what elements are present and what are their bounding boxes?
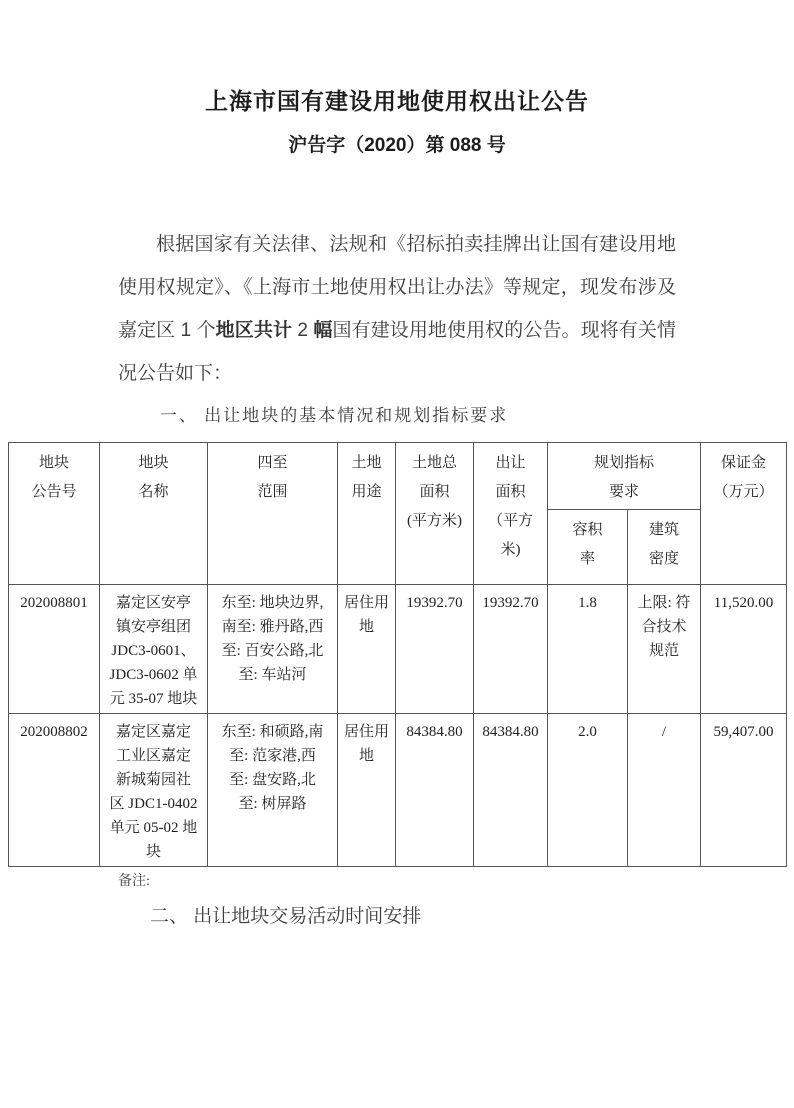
section-heading-schedule: 二、 出让地块交易活动时间安排 [150,904,794,929]
intro-segment: 2 [292,320,313,341]
cell-building-density: 上限: 符 合技术 规范 [628,585,701,714]
header-total-area: 土地总 面积 (平方米) [396,443,474,585]
table-header-row: 地块 公告号 地块 名称 四至 范围 土地 用途 土地总 面积 (平方米) 出让… [9,443,787,510]
cell-parcel-name: 嘉定区安亭 镇安亭组团 JDC3-0601、 JDC3-0602 单 元 35-… [100,585,208,714]
cell-land-use: 居住用 地 [338,585,396,714]
remark-label: 备注: [118,873,794,891]
cell-total-area: 19392.70 [396,585,474,714]
intro-segment-bold: 地区共计 [216,320,292,341]
document-number: 沪告字（2020）第 088 号 [0,133,794,159]
header-parcel-name: 地块 名称 [100,443,208,585]
cell-notice-no: 202008802 [9,714,100,867]
header-transfer-area: 出让 面积 （平方 米) [474,443,548,585]
cell-boundaries: 东至: 地块边界, 南至: 雅丹路,西 至: 百安公路,北 至: 车站河 [208,585,338,714]
cell-transfer-area: 19392.70 [474,585,548,714]
intro-paragraph: 根据国家有关法律、法规和《招标拍卖挂牌出让国有建设用地使用权规定》、《上海市土地… [118,223,676,395]
cell-plot-ratio: 1.8 [548,585,628,714]
cell-deposit: 59,407.00 [701,714,787,867]
header-building-density: 建筑 密度 [628,510,701,585]
section-heading-basic-info: 一、 出让地块的基本情况和规划指标要求 [160,405,794,427]
cell-notice-no: 202008801 [9,585,100,714]
cell-deposit: 11,520.00 [701,585,787,714]
header-planning-requirements: 规划指标 要求 [548,443,701,510]
document-page: 上海市国有建设用地使用权出让公告 沪告字（2020）第 088 号 根据国家有关… [0,0,794,1108]
cell-plot-ratio: 2.0 [548,714,628,867]
cell-boundaries: 东至: 和硕路,南 至: 范家港,西 至: 盘安路,北 至: 树屏路 [208,714,338,867]
intro-segment-bold: 幅 [313,320,332,341]
header-boundaries: 四至 范围 [208,443,338,585]
table-row: 202008802 嘉定区嘉定 工业区嘉定 新城菊园社 区 JDC1-0402 … [9,714,787,867]
cell-land-use: 居住用 地 [338,714,396,867]
header-notice-no: 地块 公告号 [9,443,100,585]
land-parcel-table: 地块 公告号 地块 名称 四至 范围 土地 用途 土地总 面积 (平方米) 出让… [8,442,787,867]
header-plot-ratio: 容积 率 [548,510,628,585]
cell-building-density: / [628,714,701,867]
cell-parcel-name: 嘉定区嘉定 工业区嘉定 新城菊园社 区 JDC1-0402 单元 05-02 地… [100,714,208,867]
header-deposit: 保证金 （万元） [701,443,787,585]
document-title: 上海市国有建设用地使用权出让公告 [0,86,794,116]
cell-transfer-area: 84384.80 [474,714,548,867]
table-row: 202008801 嘉定区安亭 镇安亭组团 JDC3-0601、 JDC3-06… [9,585,787,714]
header-land-use: 土地 用途 [338,443,396,585]
cell-total-area: 84384.80 [396,714,474,867]
